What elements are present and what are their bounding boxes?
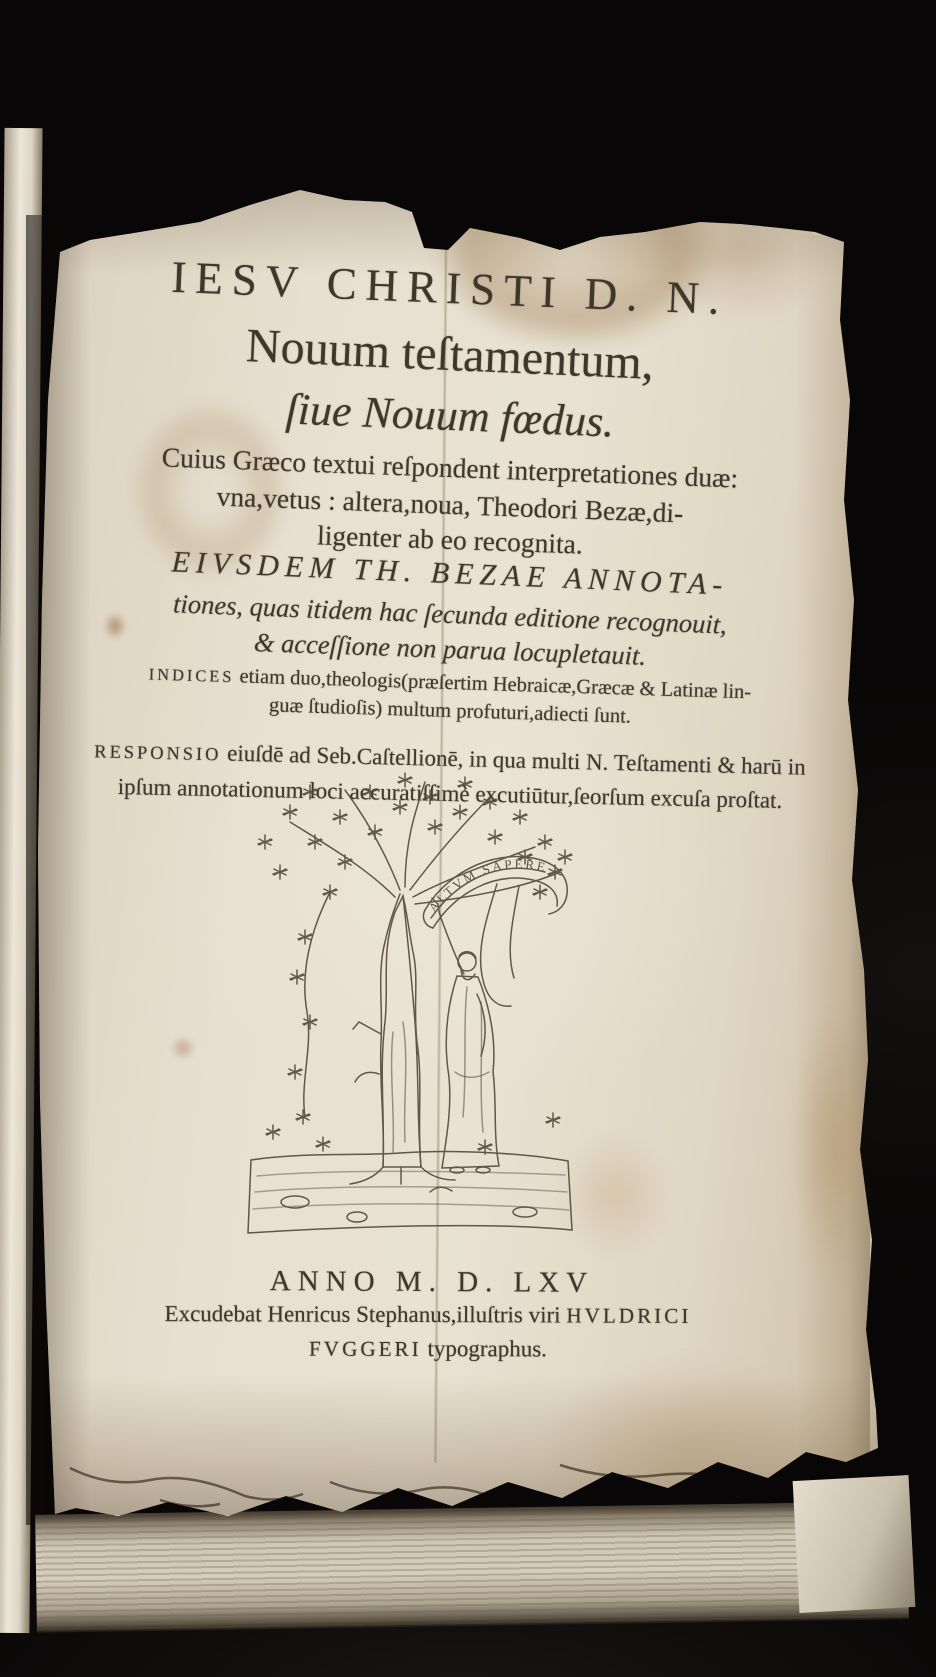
olive-tree-trunk xyxy=(350,894,455,1184)
book-photo: IESV CHRISTI D. N. Nouum teſtamentum, ſi… xyxy=(0,0,936,1677)
philosopher-figure xyxy=(432,898,499,1173)
stain xyxy=(170,1035,196,1061)
svg-text:ALTVM SAPERE: ALTVM SAPERE xyxy=(425,856,549,915)
imprint-patron-name: HVLDRICI xyxy=(566,1303,691,1327)
printers-device-olive-tree: ALTVM SAPERE xyxy=(235,772,585,1247)
motto-banner: ALTVM SAPERE xyxy=(423,856,567,1006)
imprint-year: ANNO M. D. LXV xyxy=(0,1264,882,1302)
ground-base xyxy=(248,1152,572,1233)
page-block-fore-edge xyxy=(35,1501,909,1633)
imprint-printer-line-2: FVGGERI typographus. xyxy=(0,1334,878,1363)
hanging-branch xyxy=(304,892,330,1117)
title-page: IESV CHRISTI D. N. Nouum teſtamentum, ſi… xyxy=(0,0,936,1677)
banner-text: ALTVM SAPERE xyxy=(425,856,549,915)
imprint-printer-text: Excudebat Henricus Stephanus,illuſtris v… xyxy=(165,1301,567,1327)
imprint-typographus: typographus. xyxy=(422,1336,547,1361)
imprint-patron-surname: FVGGERI xyxy=(309,1337,422,1361)
imprint-printer-line-1: Excudebat Henricus Stephanus,illuſtris v… xyxy=(0,1300,878,1329)
responsio-word: RESPONSIO xyxy=(94,741,222,764)
stain xyxy=(788,1010,883,1280)
page-block-corner xyxy=(793,1475,916,1613)
indices-word: INDICES xyxy=(149,665,235,687)
banner-tail xyxy=(481,884,511,1006)
banner-tail xyxy=(510,886,519,978)
